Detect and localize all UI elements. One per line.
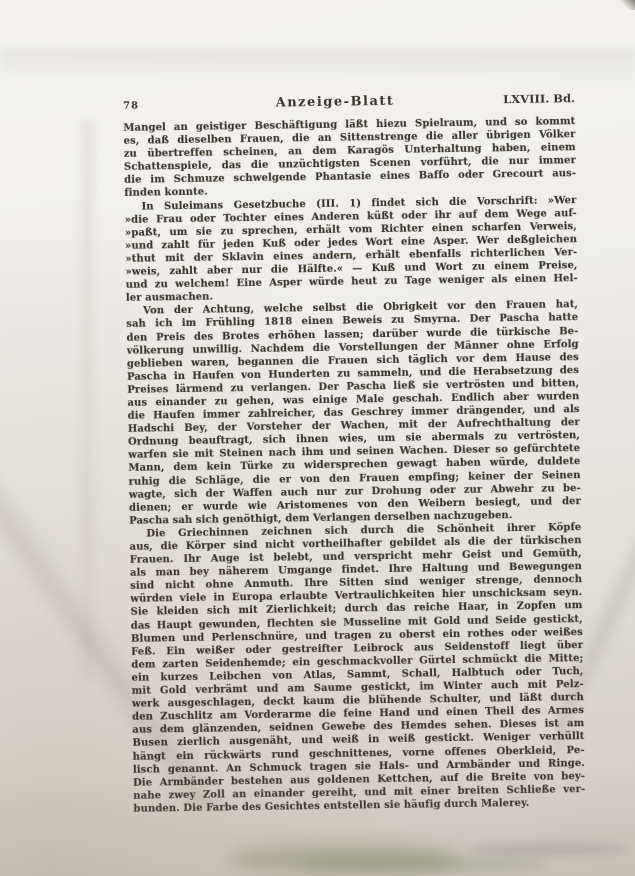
journal-title: Anzeige-Blatt (183, 92, 487, 112)
page-header: 78 Anzeige-Blatt LXVIII. Bd. (123, 91, 575, 114)
document-page: 78 Anzeige-Blatt LXVIII. Bd. Mangel an g… (0, 0, 635, 876)
show-through-smudge-2 (300, 856, 550, 872)
paragraph: Von der Achtung, welche selbst die Obrig… (126, 298, 581, 527)
photographed-paper-background: 78 Anzeige-Blatt LXVIII. Bd. Mangel an g… (0, 0, 635, 876)
show-through-smudge-3 (468, 843, 628, 856)
paragraph: Mangel an geistiger Beschäftigung läßt h… (123, 115, 576, 200)
paragraph: In Suleimans Gesetzbuche (III. 1) findet… (124, 194, 578, 305)
body-text: Mangel an geistiger Beschäftigung läßt h… (123, 115, 585, 816)
volume-label: LXVIII. Bd. (487, 91, 575, 106)
page-number: 78 (123, 100, 183, 112)
photo-corner-shadow (619, 0, 635, 10)
